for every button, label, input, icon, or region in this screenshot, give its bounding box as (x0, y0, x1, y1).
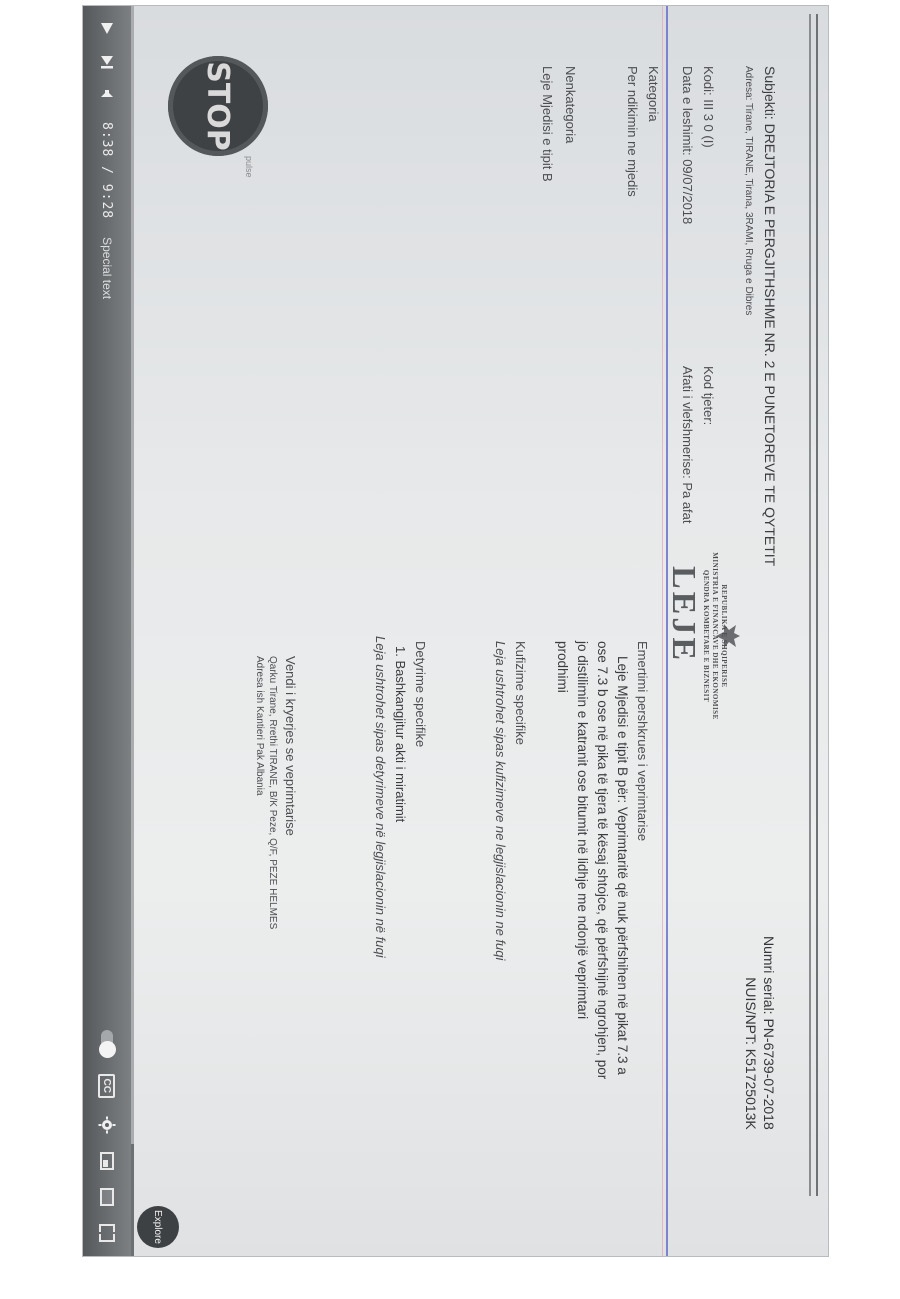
obligations-item: 1. Bashkangjitur akti i miratimit (393, 646, 408, 822)
chapter-label: Special text (100, 237, 114, 299)
obligations-title: Detyrime specifike (413, 641, 428, 747)
category-label: Kategoria (646, 66, 661, 122)
theater-button[interactable] (100, 1188, 114, 1206)
next-button[interactable] (99, 54, 115, 70)
serial-number: Numri serial: PN-6739-07-2018 (760, 936, 778, 1130)
gear-icon (98, 1116, 116, 1134)
time-display: 8:38 / 9:28 (100, 122, 115, 219)
cc-icon: CC (99, 1074, 116, 1098)
subcategory-label: Nenkategoria (563, 66, 578, 143)
explore-button[interactable]: Explore (137, 1206, 179, 1248)
volume-icon (99, 88, 115, 104)
settings-button[interactable] (98, 1116, 116, 1134)
play-button[interactable] (99, 20, 115, 36)
toggle-icon (101, 1030, 113, 1056)
category-detail: Per ndikimin ne mjedis (625, 66, 640, 197)
description-title: Emertimi pershkrues i veprimtarise (635, 641, 650, 841)
subject-field: Subjekti: DREJTORIA E PERGJITHSHME NR. 2… (762, 66, 778, 566)
description-line-2: ose 7.3 b ose në pika të tjera të kësaj … (595, 641, 610, 1079)
progress-bar[interactable] (131, 6, 134, 1256)
validity-field: Afati i vlefshmerise: Pa afat (680, 366, 695, 524)
ministry-header: REPUBLIKA E SHQIPERISE MINISTRIA E FINAN… (701, 476, 728, 796)
location-line-1: Qarku Tirane, Rrethi TIRANE, B/K Peze, Q… (267, 656, 278, 929)
fullscreen-button[interactable] (99, 1224, 115, 1242)
serial-block: Numri serial: PN-6739-07-2018 NUIS/NPT: … (742, 936, 778, 1130)
video-player[interactable]: REPUBLIKA E SHQIPERISE MINISTRIA E FINAN… (83, 6, 828, 1256)
logo-caption: pulse (244, 156, 254, 178)
guide-line-secondary (662, 6, 663, 1256)
location-line-2: Adresa ish Kantieri Pak Albania (254, 656, 265, 796)
address-field: Adresa: Tirane, TIRANE, Tirana, 3RAMI, R… (743, 66, 754, 315)
stop-logo: STOP (168, 56, 268, 156)
miniplayer-button[interactable] (100, 1152, 114, 1170)
nuis-number: NUIS/NPT: K51725013K (742, 936, 760, 1130)
autoplay-toggle[interactable] (101, 1030, 113, 1056)
issue-date-field: Data e leshimit: 09/07/2018 (680, 66, 695, 224)
miniplayer-icon (100, 1152, 114, 1170)
next-icon (99, 54, 115, 70)
obligations-text: Leja ushtrohet sipas detyrimeve në legji… (373, 636, 388, 958)
description-line-1: Leje Mjedisi e tipit B për: Veprimtaritë… (615, 656, 630, 1075)
progress-fill (131, 6, 134, 1144)
document-title: LEJE (664, 566, 702, 663)
location-title: Vendi i kryerjes se veprimtarise (283, 656, 298, 836)
volume-button[interactable] (99, 88, 115, 104)
play-icon (99, 20, 115, 36)
conditions-title: Kufizime specifike (513, 641, 528, 745)
description-line-4: prodhimi (555, 641, 570, 693)
subcategory-detail: Leje Mjedisi e tipit B (540, 66, 555, 182)
document-top-border (809, 14, 818, 1196)
fullscreen-icon (99, 1224, 115, 1242)
captions-button[interactable]: CC (99, 1074, 116, 1098)
description-line-3: jo distilimin e katranit ose bitumit në … (575, 641, 590, 1019)
conditions-text: Leja ushtrohet sipas kufizimeve ne legji… (493, 641, 508, 960)
logo-text: STOP (201, 61, 236, 151)
code-field: Kodi: III 3 0 (I) (701, 66, 716, 148)
other-code-field: Kod tjeter: (701, 366, 716, 425)
theater-icon (100, 1188, 114, 1206)
control-bar: 8:38 / 9:28 Special text CC (83, 6, 131, 1256)
